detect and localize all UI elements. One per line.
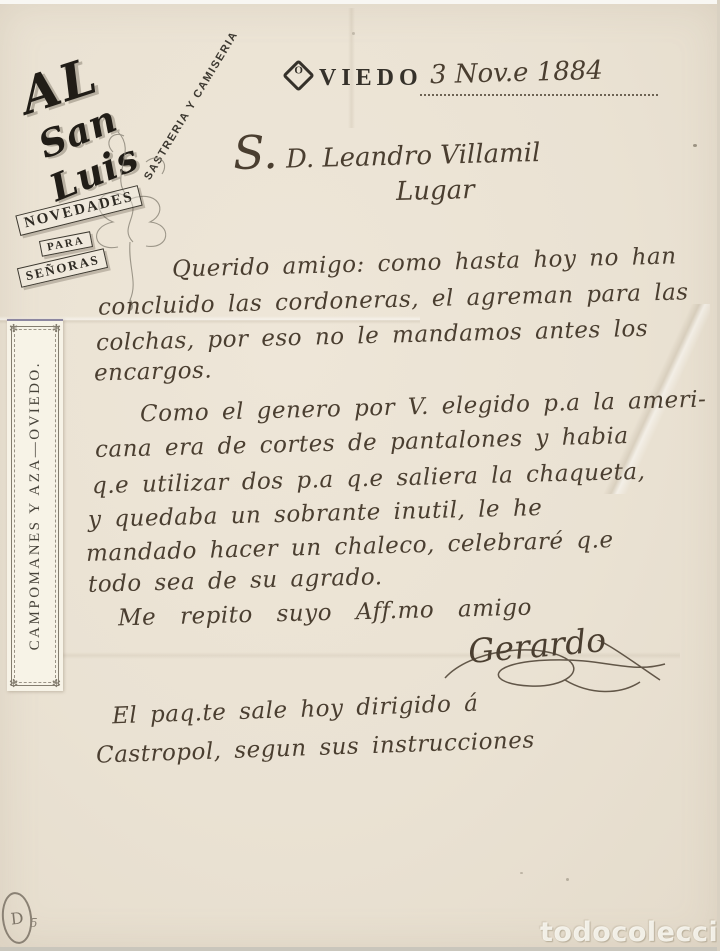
body-line: Como el genero por V. elegido p.a la ame… [140, 387, 707, 428]
recipient-name: S. D. Leandro Villamil [232, 118, 540, 180]
side-label-campomanes-aza: CAMPOMANES Y AZA—OVIEDO. ✻ ✻ ✻ ✻ [7, 319, 63, 691]
todocoleccion-watermark: todocoleccion [540, 917, 720, 948]
body-line: todo sea de su agrado. [88, 564, 383, 598]
corner-ornament-icon: ✻ [52, 678, 61, 689]
printed-city-name: O VIEDO [287, 64, 423, 92]
scan-edge-top [0, 0, 720, 4]
letter-paper: AL San Luis SASTRERIA Y CAMISERIA NOVEDA… [0, 4, 720, 947]
body-line: Querido amigo: como hasta hoy no han [172, 243, 677, 282]
ink-speck [566, 878, 569, 881]
ink-speck [693, 144, 697, 147]
ornamental-initial-o: O [282, 59, 315, 92]
scan-edge-bottom [0, 947, 720, 951]
ink-speck [520, 872, 523, 874]
body-line: q.e utilizar dos p.a q.e saliera la chaq… [92, 459, 646, 499]
recipient-place: Lugar [396, 175, 475, 207]
letter-scan: AL San Luis SASTRERIA Y CAMISERIA NOVEDA… [0, 0, 720, 951]
corner-ornament-icon: ✻ [52, 323, 61, 334]
body-line: y quedaba un sobrante inutil, le he [88, 495, 543, 533]
body-line: encargos. [94, 357, 213, 386]
body-line: colchas, por eso no le mandamos antes lo… [96, 316, 649, 356]
postscript-line: Castropol, segun sus instrucciones [96, 727, 535, 768]
date-dotted-line [420, 94, 658, 96]
ink-speck [352, 32, 355, 35]
body-line: cana era de cortes de pantalones y habia [95, 423, 629, 463]
handwritten-date: 3 Nov.e 1884 [430, 56, 604, 91]
side-label-text: CAMPOMANES Y AZA—OVIEDO. [27, 361, 44, 650]
postscript-line: El paq.te sale hoy dirigido á [112, 691, 479, 730]
corner-ornament-icon: ✻ [9, 678, 18, 689]
closing-line: Me repito suyo Aff.mo amigo [118, 595, 533, 632]
city-rest: VIEDO [319, 65, 423, 91]
corner-ornament-icon: ✻ [9, 323, 18, 334]
pencil-number-annotation: 5 [30, 916, 38, 930]
body-line: mandado hacer un chaleco, celebraré q.e [86, 527, 614, 567]
side-label-frame: CAMPOMANES Y AZA—OVIEDO. [11, 326, 59, 686]
